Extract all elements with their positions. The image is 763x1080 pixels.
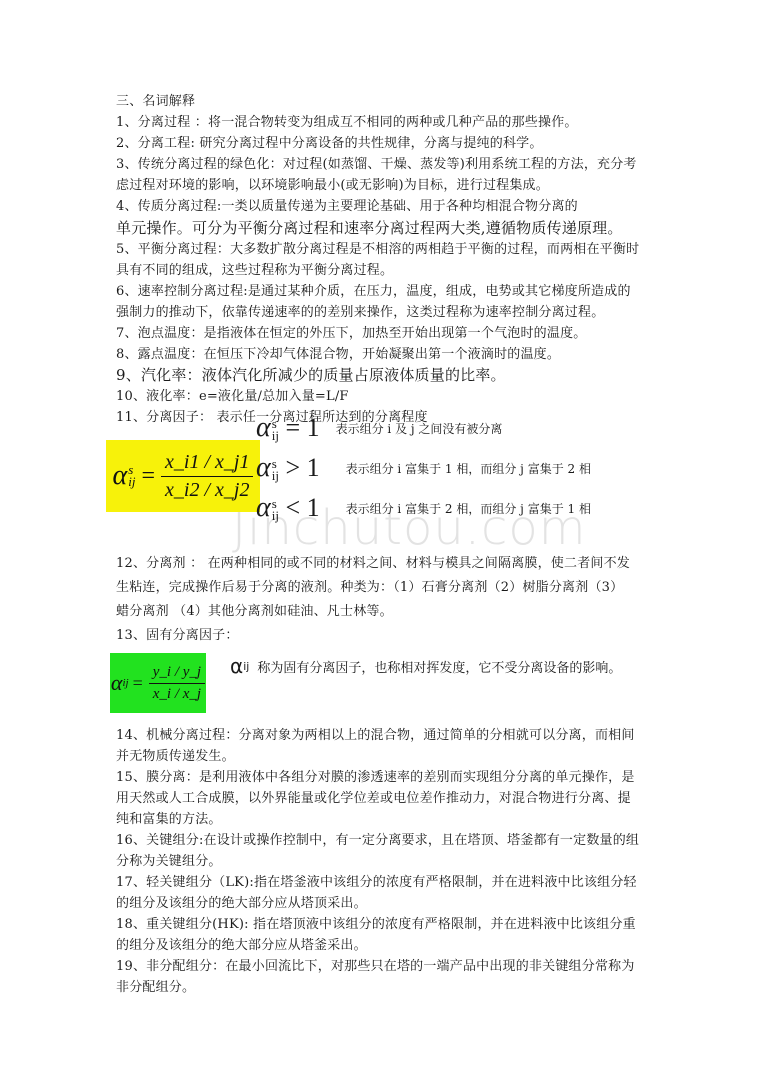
fraction: x_i1 / x_j1 x_i2 / x_j2 bbox=[161, 451, 253, 502]
entry-13: 13、固有分离因子： bbox=[116, 626, 239, 646]
entry-7: 7、泡点温度：是指液体在恒定的外压下，加热至开始出现第一个气泡时的温度。 bbox=[116, 324, 586, 344]
inherent-factor-description: αij 称为固有分离因子，也称相对挥发度，它不受分离设备的影响。 bbox=[230, 654, 621, 678]
section-title: 三、名词解释 bbox=[116, 92, 195, 112]
entry-16-line-2: 分称为关键组分。 bbox=[116, 852, 222, 872]
entry-19-line-2: 非分配组分。 bbox=[116, 978, 195, 998]
entry-12-line-2: 生粘连，完成操作后易于分离的液剂。种类为：（1）石膏分离剂（2）树脂分离剂（3） bbox=[116, 578, 623, 598]
entry-15-line-3: 纯和富集的方法。 bbox=[116, 810, 222, 830]
separation-factor-formula: α sij = x_i1 / x_j1 x_i2 / x_j2 bbox=[106, 440, 260, 512]
entry-3-line-2: 虑过程对环境的影响，以环境影响最小(或无影响)为目标，进行过程集成。 bbox=[116, 176, 549, 196]
entry-18-line-2: 的组分及该组分的绝大部分应从塔釜采出。 bbox=[116, 936, 367, 956]
entry-14-line-2: 并无物质传递发生。 bbox=[116, 747, 235, 767]
entry-9: 9、汽化率：液体汽化所减少的质量占原液体质量的比率。 bbox=[116, 365, 506, 385]
entry-19-line-1: 19、非分配组分：在最小回流比下，对那些只在塔的一端产品中出现的非关键组分常称为 bbox=[116, 957, 635, 977]
entry-6-line-2: 强制力的推动下，依靠传递速率的的差别来操作，这类过程称为速率控制分离过程。 bbox=[116, 303, 604, 323]
entry-6-line-1: 6、速率控制分离过程:是通过某种介质，在压力，温度，组成，电势或其它梯度所造成的 bbox=[116, 282, 631, 302]
entry-5-line-1: 5、平衡分离过程：大多数扩散分离过程是不相溶的两相趋于平衡的过程，而两相在平衡时 bbox=[116, 240, 639, 260]
entry-15-line-1: 15、膜分离：是利用液体中各组分对膜的渗透速率的差别而实现组分分离的单元操作，是 bbox=[116, 768, 635, 788]
entry-18-line-1: 18、重关键组分(HK): 指在塔顶液中该组分的浓度有严格限制，并在进料液中比该… bbox=[116, 915, 636, 935]
condition-less: αsij < 1 表示组分 i 富集于 2 相，而组分 j 富集于 1 相 bbox=[256, 492, 591, 524]
entry-12-line-3: 蜡分离剂 （4）其他分离剂如硅油、凡士林等。 bbox=[116, 602, 393, 622]
entry-4-line-1: 4、传质分离过程:一类以质量传递为主要理论基础、用于各种均相混合物分离的 bbox=[116, 197, 578, 217]
entry-5-line-2: 具有不同的组成，这些过程称为平衡分离过程。 bbox=[116, 261, 393, 281]
entry-10: 10、液化率：e=液化量/总加入量=L/F bbox=[116, 387, 349, 407]
fraction: y_i / y_j x_i / x_j bbox=[149, 664, 205, 703]
entry-17-line-1: 17、轻关键组分（LK):指在塔釜液中该组分的浓度有严格限制，并在进料液中比该组… bbox=[116, 873, 637, 893]
entry-4-line-2: 单元操作。可分为平衡分离过程和速率分离过程两大类,遵循物质传递原理。 bbox=[116, 218, 623, 238]
condition-equal: αsij = 1 表示组分 i 及 j 之间没有被分离 bbox=[256, 412, 502, 444]
entry-17-line-2: 的组分及该组分的绝大部分应从塔顶采出。 bbox=[116, 894, 367, 914]
entry-8: 8、露点温度：在恒压下冷却气体混合物，开始凝聚出第一个液滴时的温度。 bbox=[116, 345, 560, 365]
entry-16-line-1: 16、关键组分:在设计或操作控制中，有一定分离要求，且在塔顶、塔釜都有一定数量的… bbox=[116, 831, 639, 851]
entry-14-line-1: 14、机械分离过程：分离对象为两相以上的混合物，通过简单的分相就可以分离，而相间 bbox=[116, 726, 635, 746]
entry-1: 1、分离过程 ：将一混合物转变为组成互不相同的两种或几种产品的那些操作。 bbox=[116, 113, 578, 133]
condition-greater: αsij > 1 表示组分 i 富集于 1 相，而组分 j 富集于 2 相 bbox=[256, 452, 591, 484]
inherent-factor-formula: αij = y_i / y_j x_i / x_j bbox=[110, 653, 206, 713]
entry-2: 2、分离工程: 研究分离过程中分离设备的共性规律，分离与提纯的科学。 bbox=[116, 134, 543, 154]
entry-3-line-1: 3、传统分离过程的绿色化：对过程(如蒸馏、干燥、蒸发等)利用系统工程的方法，充分… bbox=[116, 155, 637, 175]
entry-12-line-1: 12、分离剂 ： 在两种相同的或不同的材料之间、材料与模具之间隔离膜，使二者间不… bbox=[116, 554, 630, 574]
entry-15-line-2: 用天然或人工合成膜，以外界能量或化学位差或电位差作推动力，对混合物进行分离、提 bbox=[116, 789, 631, 809]
document-page: 三、名词解释 1、分离过程 ：将一混合物转变为组成互不相同的两种或几种产品的那些… bbox=[0, 0, 763, 1080]
